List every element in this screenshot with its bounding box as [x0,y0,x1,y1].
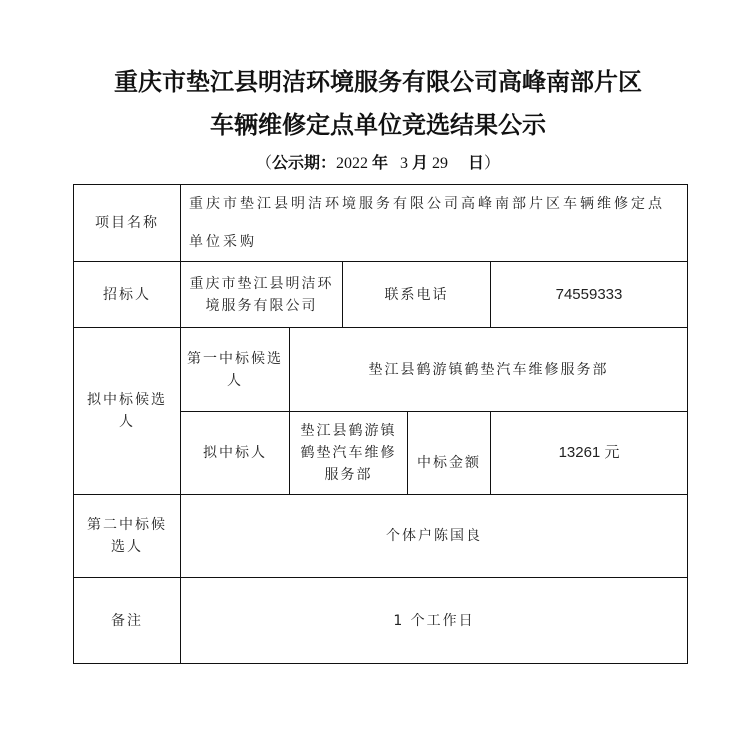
table-row-tenderer: 招标人 重庆市垫江县明洁环境服务有限公司 联系电话 74559333 [74,262,688,328]
first-candidate-label: 第一中标候选人 [181,328,290,412]
year-unit: 年 [372,153,388,172]
proposed-candidates-label: 拟中标候选人 [74,328,181,495]
period-day: 29 [432,155,448,172]
period-label: 公示期： [272,153,336,172]
project-name-label: 项目名称 [74,185,181,262]
document-title-line-1: 重庆市垫江县明洁环境服务有限公司高峰南部片区 [0,62,756,97]
document-title-line-2: 车辆维修定点单位竞选结果公示 [0,105,756,140]
table-row-project-name: 项目名称 重庆市垫江县明洁环境服务有限公司高峰南部片区车辆维修定点单位采购 [74,185,688,262]
bid-amount-value: 13261 元 [491,412,688,495]
publicity-period: （公示期：2022 年 3 月 29 日） [0,150,756,173]
table-row-first-candidate: 拟中标候选人 第一中标候选人 垫江县鹤游镇鹤垫汽车维修服务部 [74,328,688,412]
tenderer-label: 招标人 [74,262,181,328]
day-unit: 日 [468,153,484,172]
result-table: 项目名称 重庆市垫江县明洁环境服务有限公司高峰南部片区车辆维修定点单位采购 招标… [73,184,688,664]
contact-phone-value: 74559333 [491,262,688,328]
remarks-label: 备注 [74,578,181,664]
table-row-remarks: 备注 1 个工作日 [74,578,688,664]
month-unit: 月 [412,153,428,172]
tenderer-value: 重庆市垫江县明洁环境服务有限公司 [181,262,343,328]
period-year: 2022 [336,155,368,172]
second-candidate-label: 第二中标候选人 [74,495,181,578]
project-name-value: 重庆市垫江县明洁环境服务有限公司高峰南部片区车辆维修定点单位采购 [181,185,688,262]
contact-phone-label: 联系电话 [343,262,491,328]
first-candidate-value: 垫江县鹤游镇鹤垫汽车维修服务部 [290,328,688,412]
bid-amount-label: 中标金额 [408,412,491,495]
table-row-second-candidate: 第二中标候选人 个体户陈国良 [74,495,688,578]
close-paren: ） [484,155,500,172]
second-candidate-value: 个体户陈国良 [181,495,688,578]
open-paren: （ [256,155,272,172]
proposed-winner-value: 垫江县鹤游镇鹤垫汽车维修服务部 [290,412,408,495]
period-month: 3 [400,155,408,172]
remarks-value: 1 个工作日 [181,578,688,664]
proposed-winner-label: 拟中标人 [181,412,290,495]
